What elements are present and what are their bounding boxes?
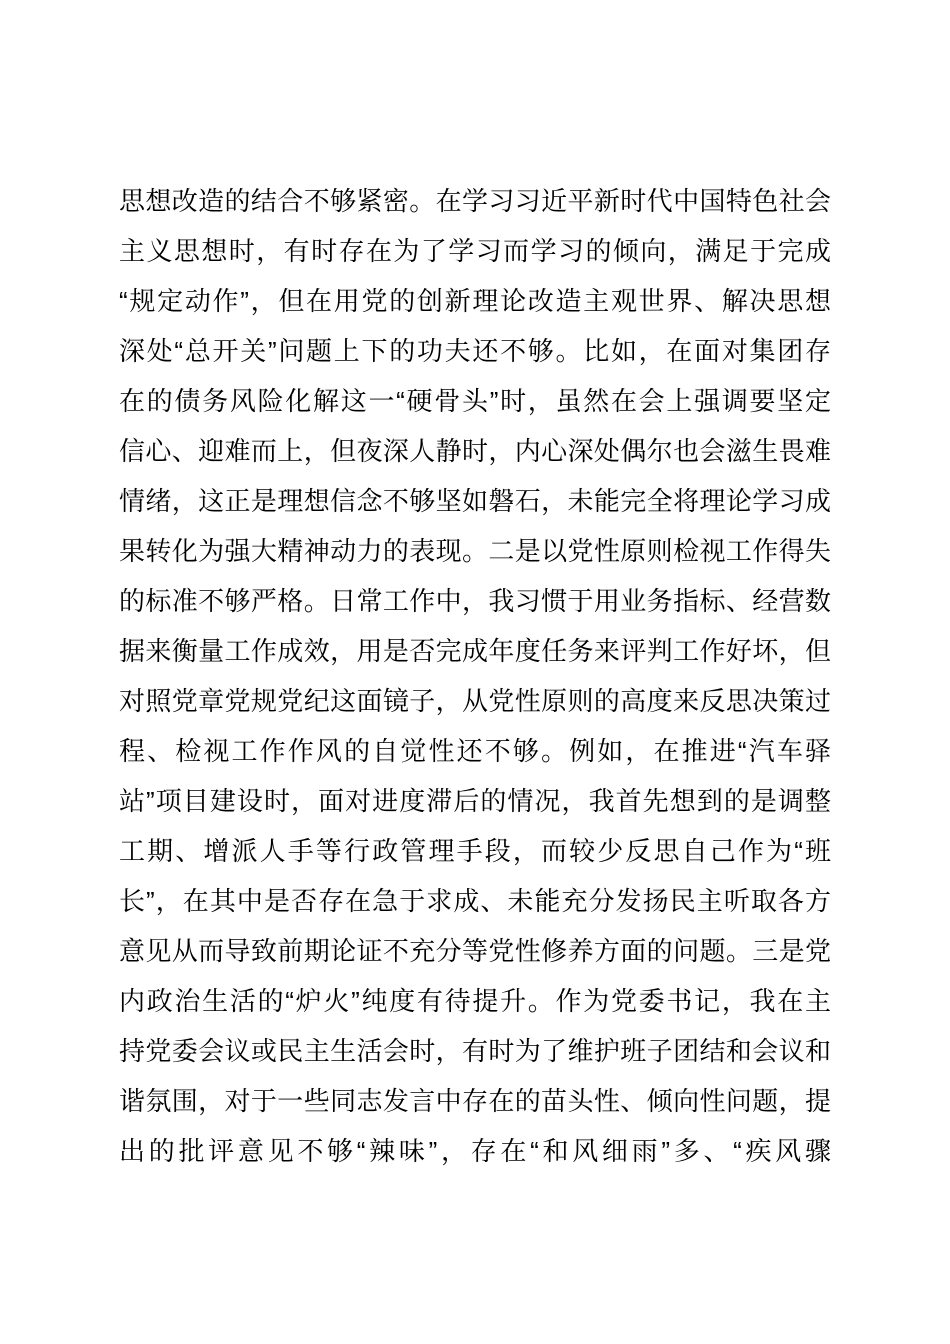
text-line: 信心、迎难而上，但夜深人静时，内心深处偶尔也会滋生畏难: [119, 426, 831, 476]
text-line: 长”，在其中是否存在急于求成、未能充分发扬民主听取各方: [119, 876, 831, 926]
text-line: 果转化为强大精神动力的表现。二是以党性原则检视工作得失: [119, 526, 831, 576]
text-line: 意见从而导致前期论证不充分等党性修养方面的问题。三是党: [119, 926, 831, 976]
text-line: 思想改造的结合不够紧密。在学习习近平新时代中国特色社会: [119, 176, 831, 226]
text-line: 出的批评意见不够“辣味”，存在“和风细雨”多、“疾风骤: [119, 1126, 831, 1176]
text-line: “规定动作”，但在用党的创新理论改造主观世界、解决思想: [119, 276, 831, 326]
text-line: 对照党章党规党纪这面镜子，从党性原则的高度来反思决策过: [119, 676, 831, 726]
text-line: 站”项目建设时，面对进度滞后的情况，我首先想到的是调整: [119, 776, 831, 826]
text-line: 的标准不够严格。日常工作中，我习惯于用业务指标、经营数: [119, 576, 831, 626]
text-line: 程、检视工作作风的自觉性还不够。例如，在推进“汽车驿: [119, 726, 831, 776]
document-page: 思想改造的结合不够紧密。在学习习近平新时代中国特色社会主义思想时，有时存在为了学…: [0, 0, 950, 1344]
text-line: 谐氛围，对于一些同志发言中存在的苗头性、倾向性问题，提: [119, 1076, 831, 1126]
text-line: 工期、增派人手等行政管理手段，而较少反思自己作为“班: [119, 826, 831, 876]
text-line: 主义思想时，有时存在为了学习而学习的倾向，满足于完成: [119, 226, 831, 276]
body-text: 思想改造的结合不够紧密。在学习习近平新时代中国特色社会主义思想时，有时存在为了学…: [119, 176, 831, 1176]
text-line: 情绪，这正是理想信念不够坚如磐石，未能完全将理论学习成: [119, 476, 831, 526]
text-line: 在的债务风险化解这一“硬骨头”时，虽然在会上强调要坚定: [119, 376, 831, 426]
text-line: 持党委会议或民主生活会时，有时为了维护班子团结和会议和: [119, 1026, 831, 1076]
text-line: 据来衡量工作成效，用是否完成年度任务来评判工作好坏，但: [119, 626, 831, 676]
text-line: 深处“总开关”问题上下的功夫还不够。比如，在面对集团存: [119, 326, 831, 376]
text-line: 内政治生活的“炉火”纯度有待提升。作为党委书记，我在主: [119, 976, 831, 1026]
